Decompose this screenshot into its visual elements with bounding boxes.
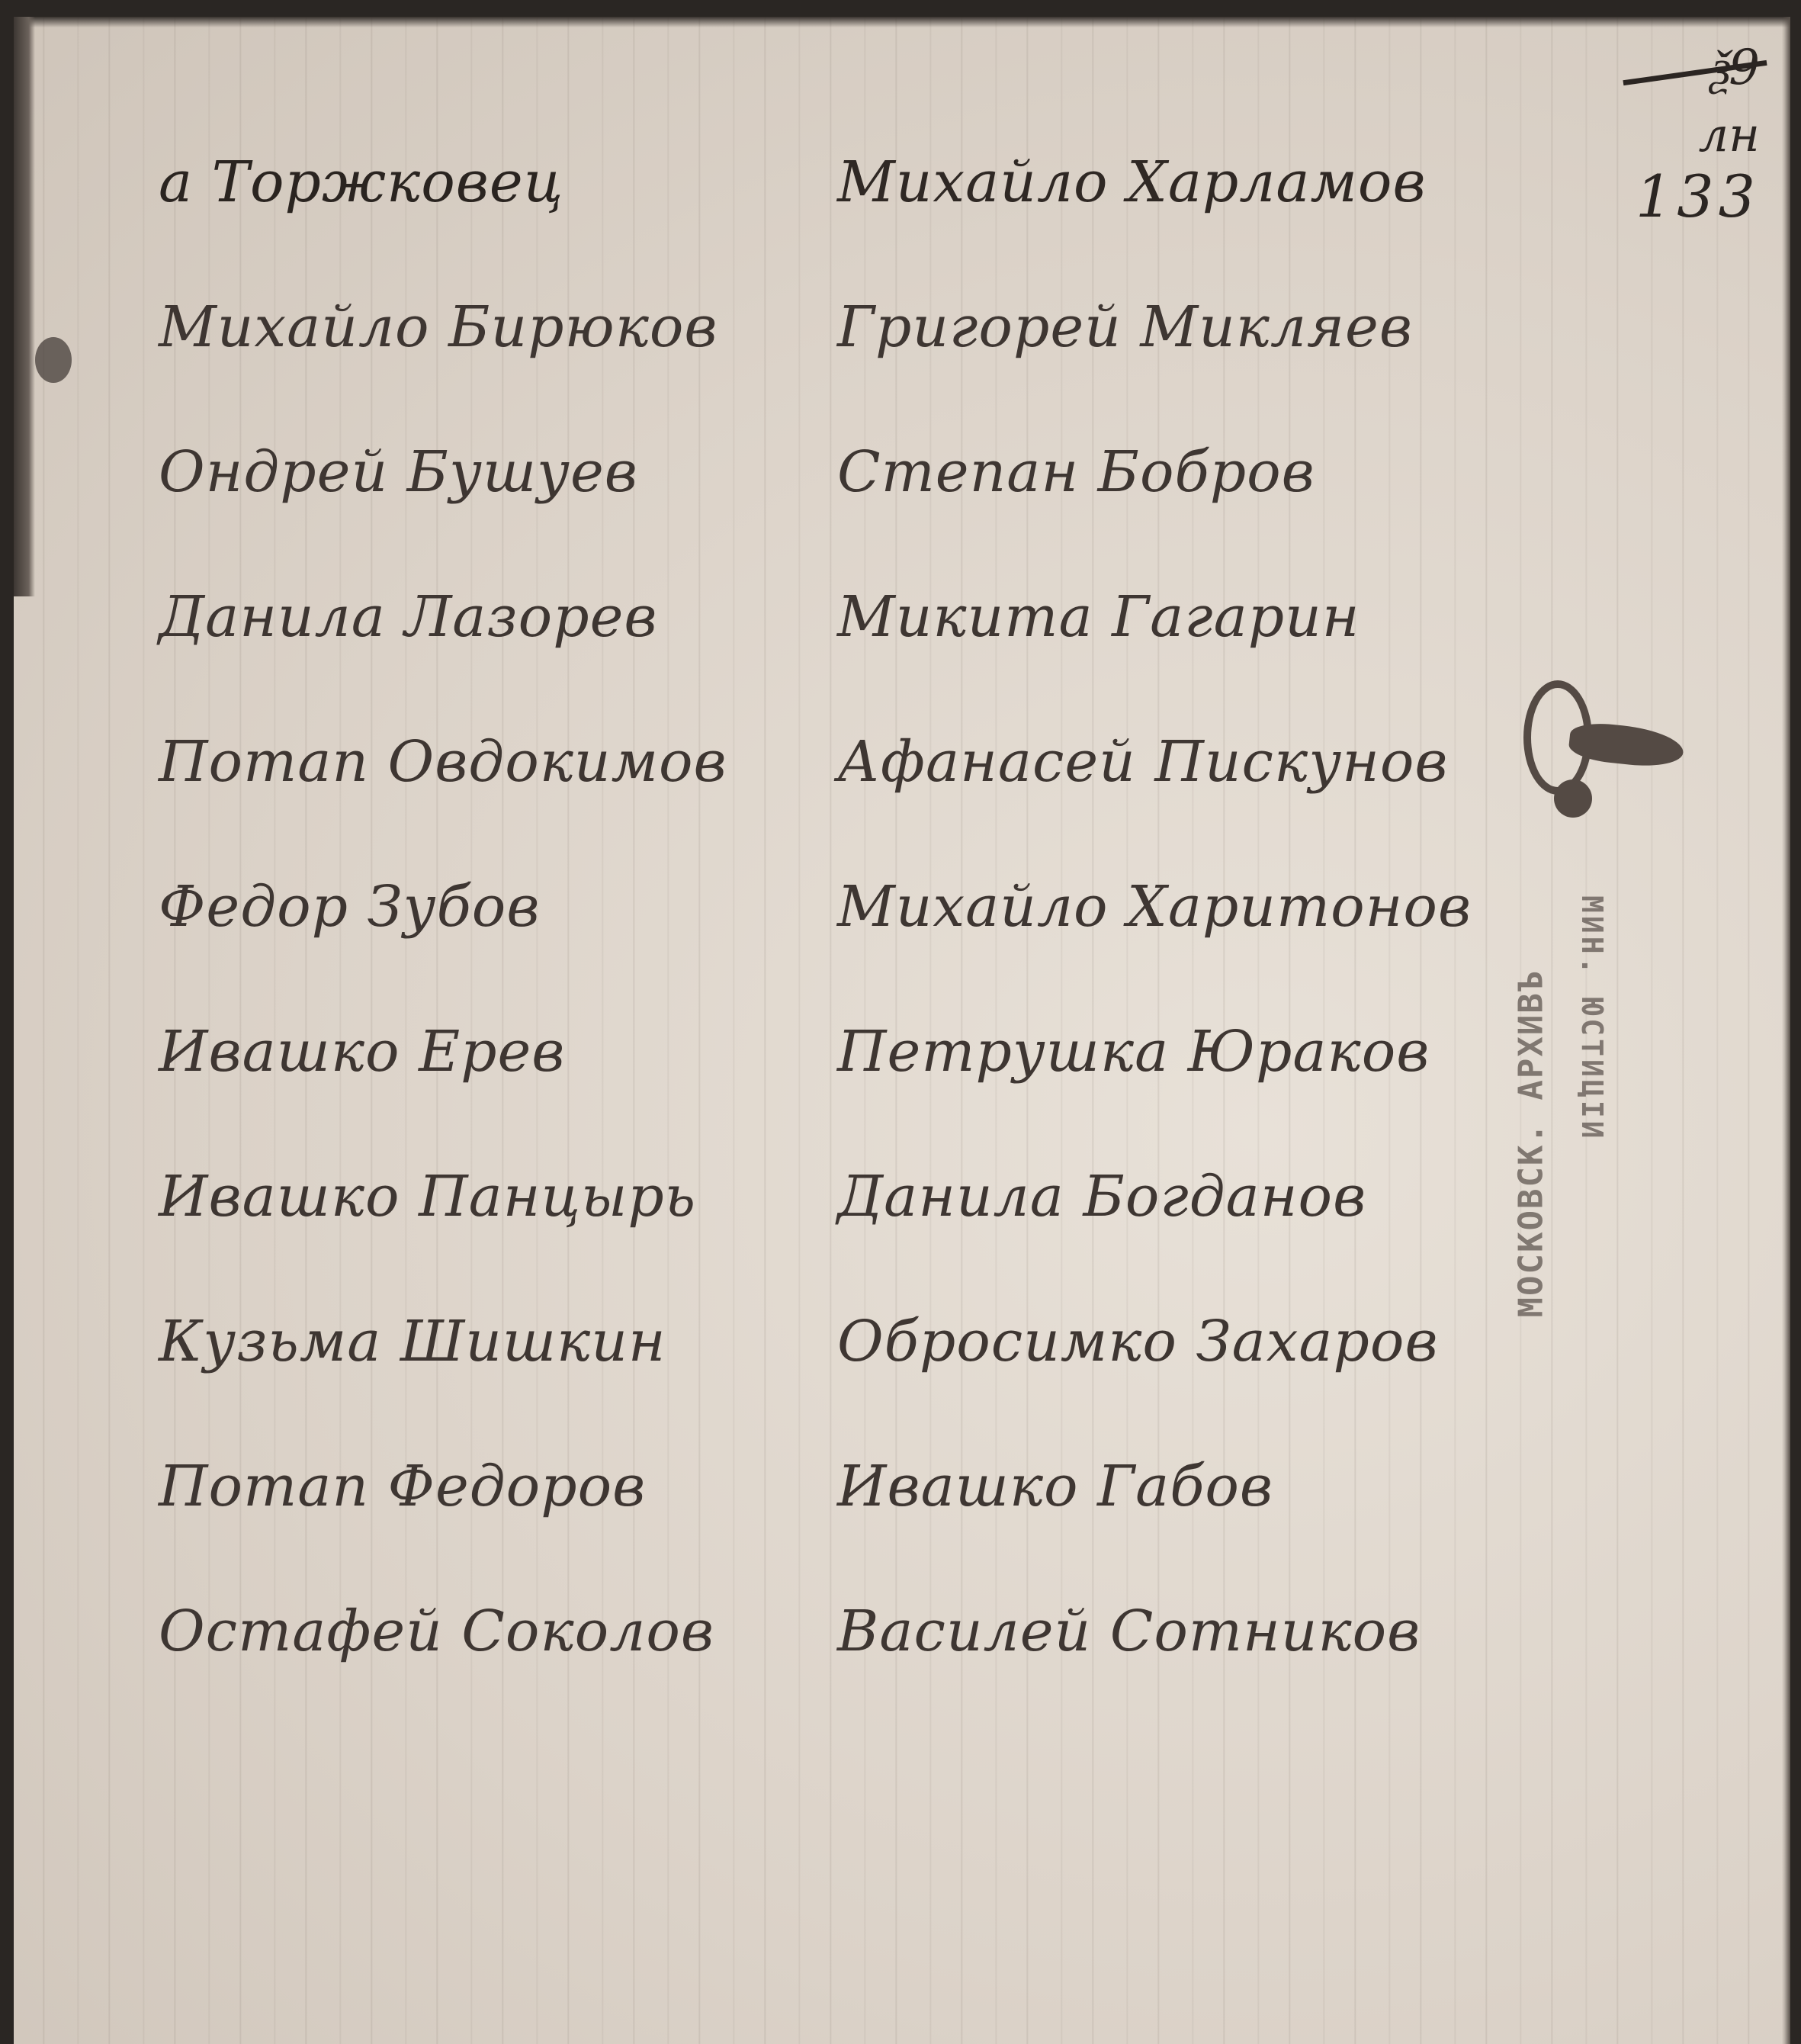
cyrillic-folio-number: лн bbox=[1600, 107, 1760, 162]
folio-numbers: ѯ9 лн 133 bbox=[1600, 40, 1760, 230]
name-entry: Афанасей Пискунов bbox=[837, 680, 1523, 825]
name-entry: Обросимко Захаров bbox=[837, 1260, 1523, 1405]
struck-folio-number: ѯ9 bbox=[1600, 40, 1760, 96]
name-entry: Микита Гагарин bbox=[837, 535, 1523, 680]
name-entry: Потап Федоров bbox=[159, 1405, 814, 1550]
name-entry: Григорей Микляев bbox=[837, 246, 1523, 390]
name-entry: а Торжковец bbox=[159, 101, 814, 246]
arabic-folio-number: 133 bbox=[1600, 162, 1760, 230]
binding-edge bbox=[14, 17, 35, 596]
name-entry: Кузьма Шишкин bbox=[159, 1260, 814, 1405]
name-entry: Данила Богданов bbox=[837, 1115, 1523, 1260]
ink-blot bbox=[35, 337, 72, 383]
name-entry: Остафей Соколов bbox=[159, 1550, 814, 1695]
name-entry: Михайло Бирюков bbox=[159, 246, 814, 390]
page-right-edge bbox=[1783, 17, 1790, 2044]
name-entry: Михайло Харламов bbox=[837, 101, 1523, 246]
name-entry: Степан Бобров bbox=[837, 390, 1523, 535]
archive-stamp: МОСКОВСК. АРХИВЪ МИН. ЮСТИЦIИ bbox=[1447, 901, 1623, 1329]
names-column-right: Михайло Харламов Григорей Микляев Степан… bbox=[837, 101, 1523, 1695]
name-entry: Ондрей Бушуев bbox=[159, 390, 814, 535]
name-entry: Данила Лазорев bbox=[159, 535, 814, 680]
name-entry: Василей Сотников bbox=[837, 1550, 1523, 1695]
name-entry: Федор Зубов bbox=[159, 825, 814, 970]
manuscript-page: ѯ9 лн 133 а Торжковец Михайло Бирюков Он… bbox=[14, 17, 1790, 2044]
page-top-edge bbox=[14, 17, 1790, 27]
name-entry: Ивашко Габов bbox=[837, 1405, 1523, 1550]
stamp-line-archive: МОСКОВСК. АРХИВЪ bbox=[1512, 891, 1551, 1318]
margin-flourish-mark bbox=[1516, 665, 1691, 818]
names-column-left: а Торжковец Михайло Бирюков Ондрей Бушуе… bbox=[159, 101, 814, 1695]
name-entry: Ивашко Ерев bbox=[159, 970, 814, 1115]
name-entry: Потап Овдокимов bbox=[159, 680, 814, 825]
ink-dot-icon bbox=[1554, 779, 1592, 818]
name-entry: Михайло Харитонов bbox=[837, 825, 1523, 970]
stamp-line-ministry: МИН. ЮСТИЦIИ bbox=[1575, 895, 1609, 1322]
name-entry: Ивашко Панцырь bbox=[159, 1115, 814, 1260]
name-entry: Петрушка Юраков bbox=[837, 970, 1523, 1115]
